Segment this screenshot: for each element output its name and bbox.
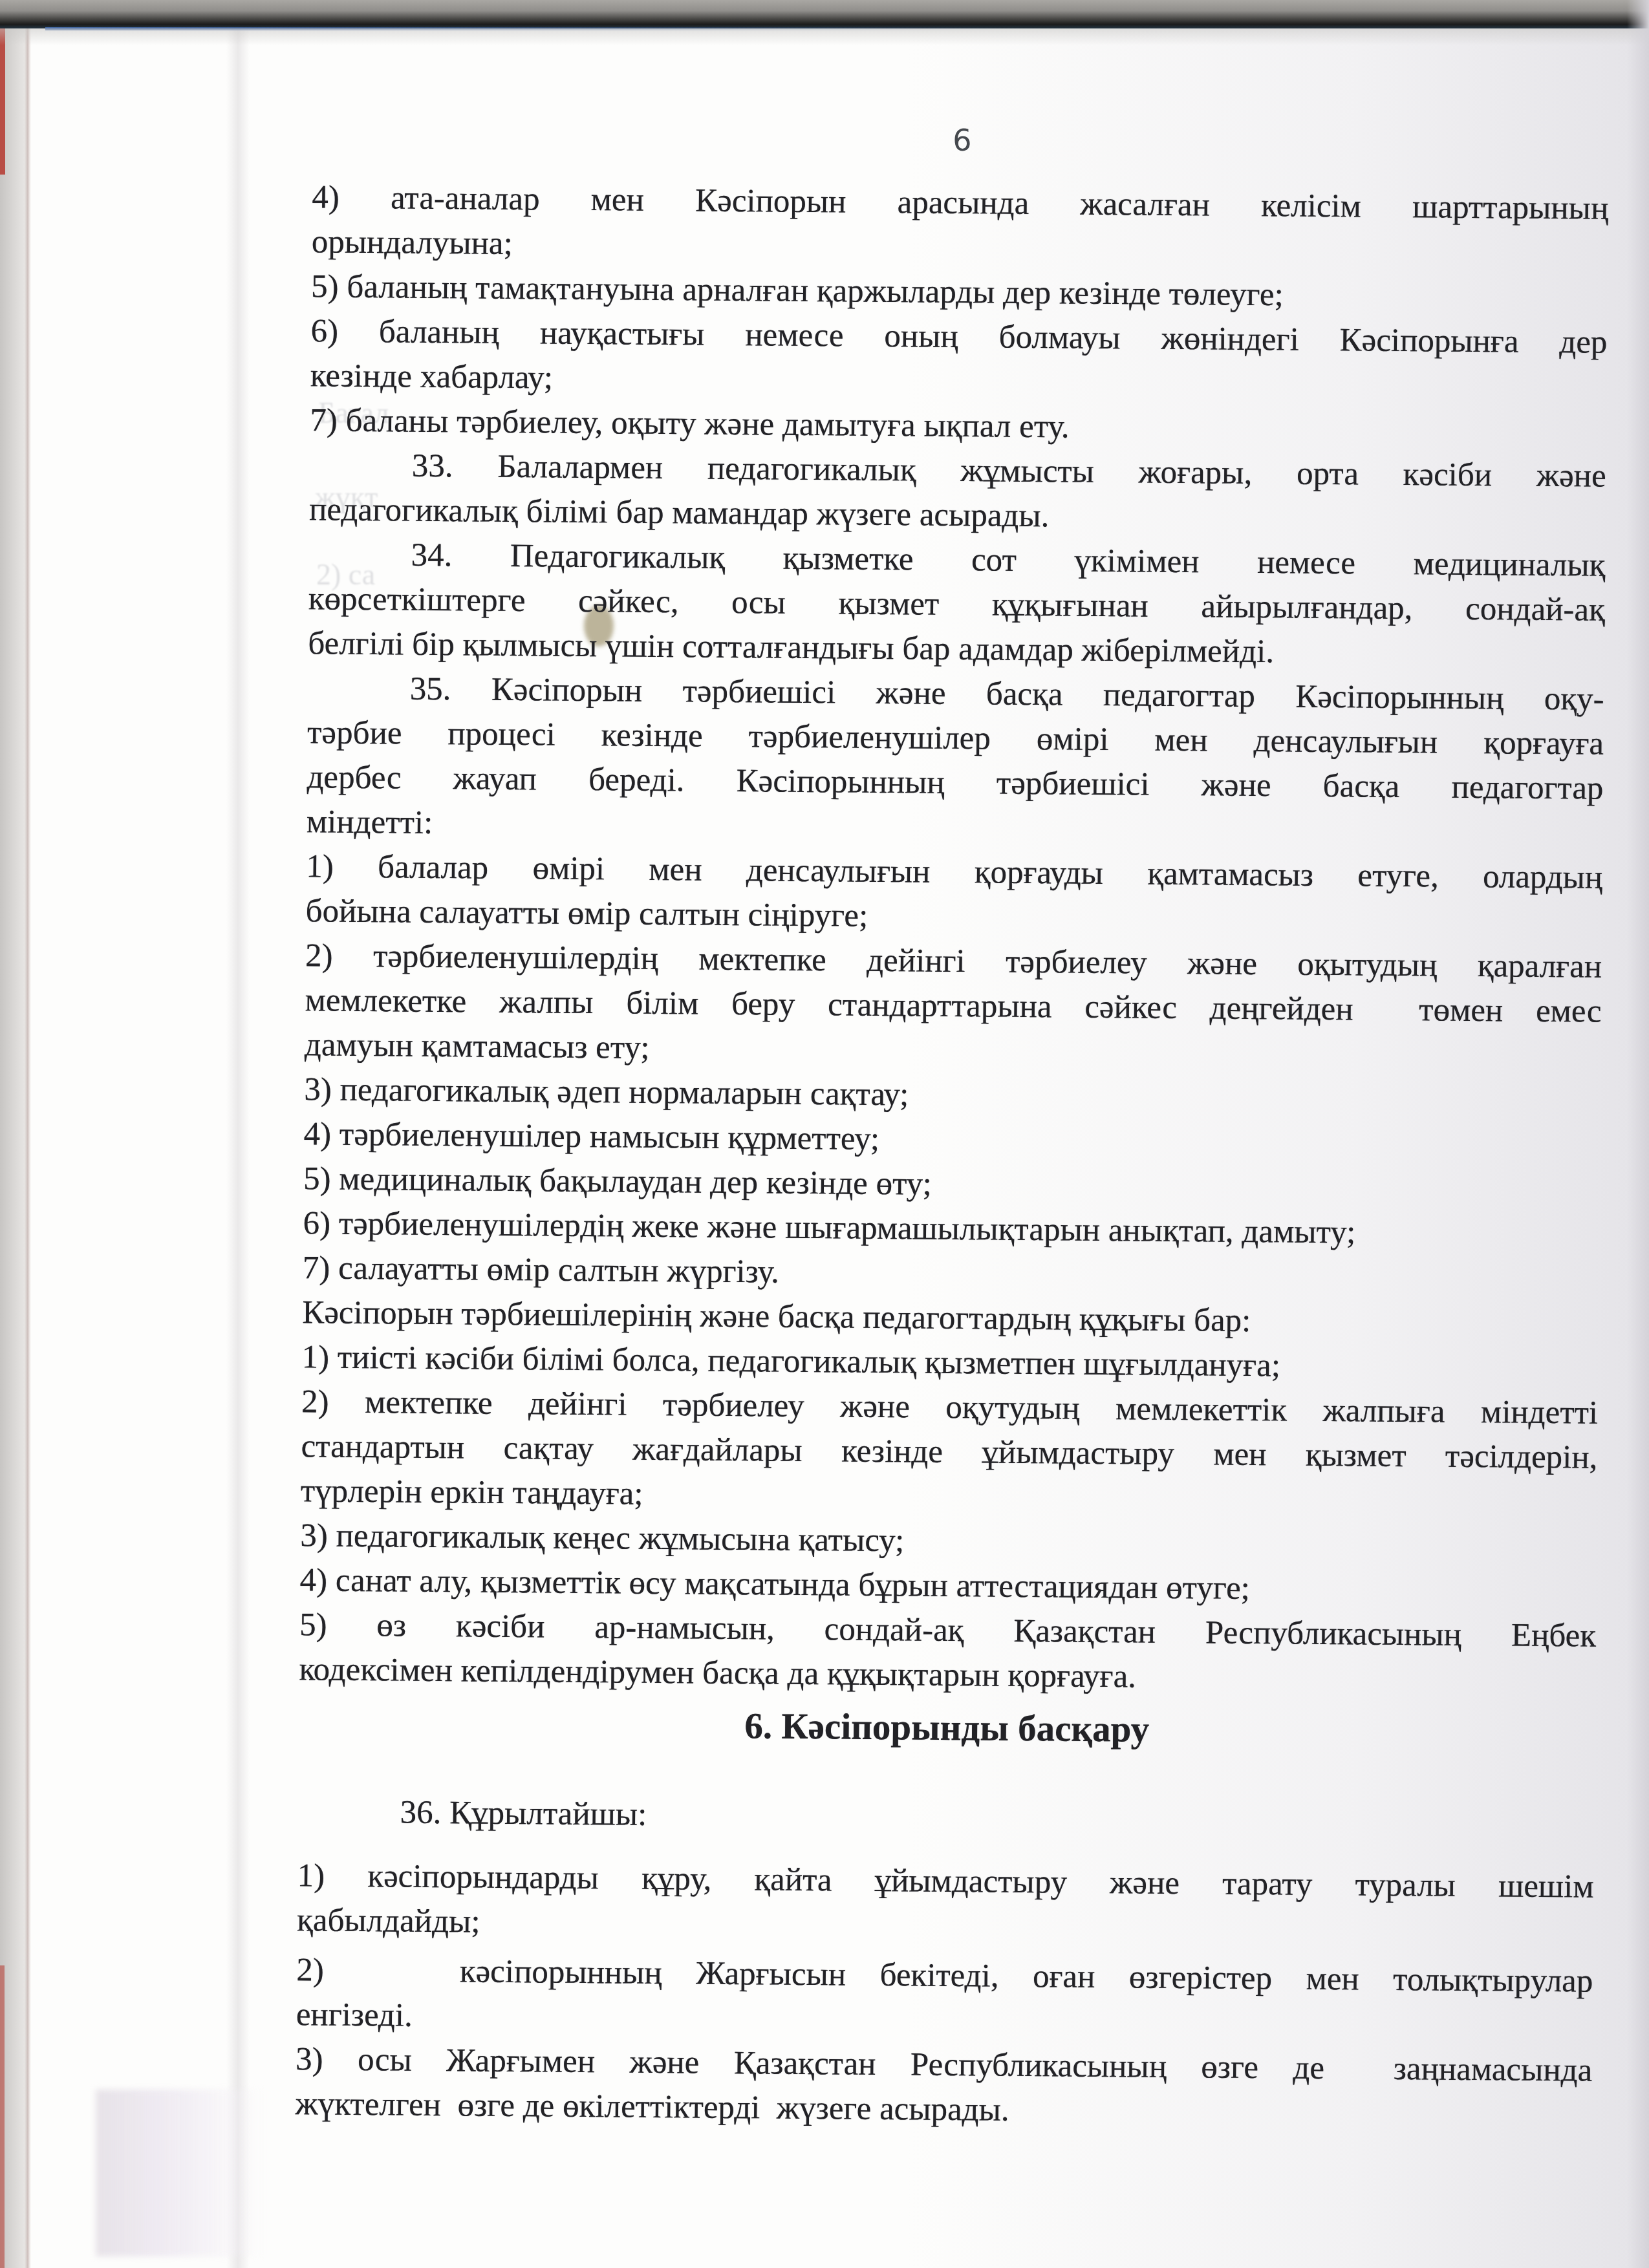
text-line: 36. Құрылтайшы:	[297, 1790, 1595, 1845]
text-column: 4) ата-аналар мен Кәсіпорын арасында жас…	[295, 175, 1608, 2137]
page-number: 6	[943, 123, 982, 158]
scan-top-band-fade	[0, 28, 1649, 45]
text-line: 6. Кәсіпорынды басқару	[299, 1700, 1596, 1755]
scan-top-shadow-band	[0, 0, 1649, 28]
scan-red-edge-bottom	[0, 1965, 5, 2268]
scan-left-seam	[25, 0, 31, 2268]
page-bottom-curl-shadow	[96, 2090, 265, 2256]
scanned-document-page: Бағал жүқт 2) са 6 4) ата-аналар мен Кәс…	[0, 0, 1649, 2268]
scan-right-edge	[1627, 0, 1649, 2268]
page-fold-shadow	[226, 0, 250, 2268]
